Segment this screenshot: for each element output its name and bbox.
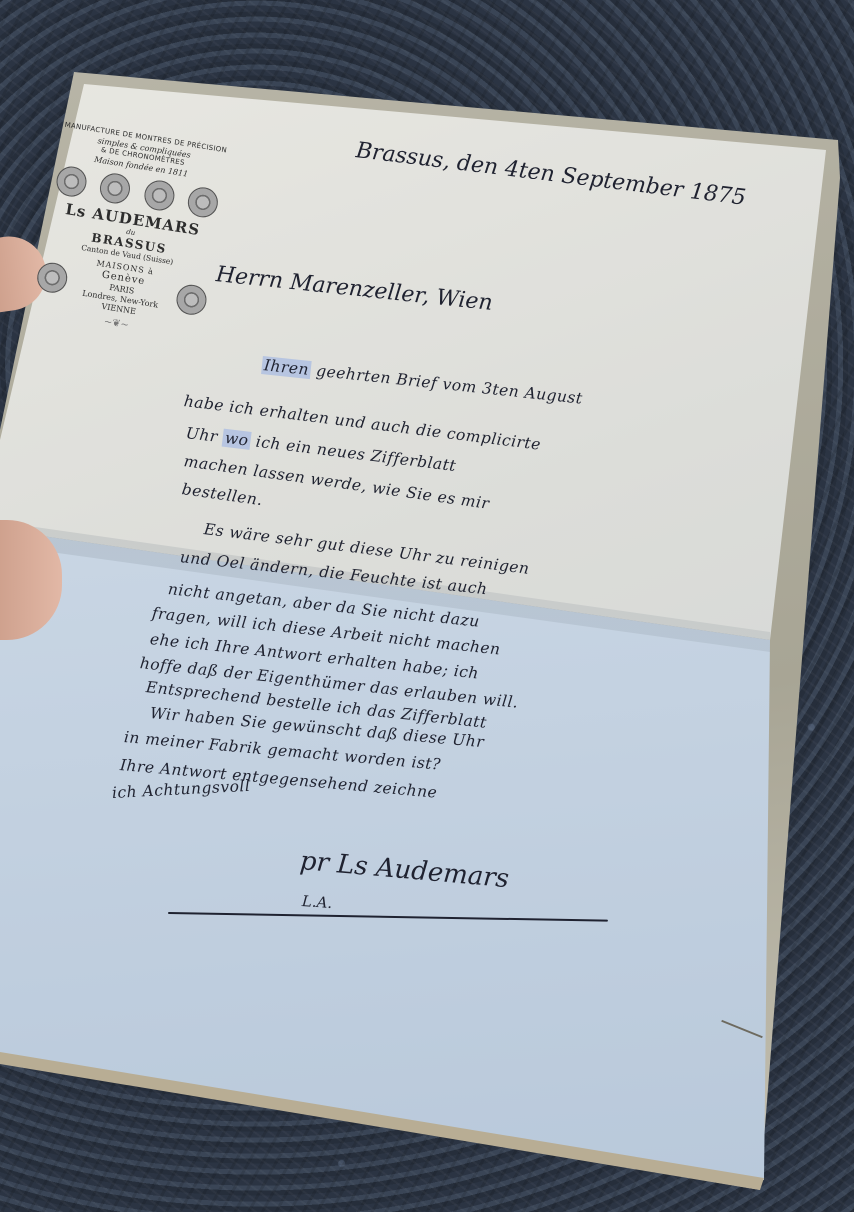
signature-initials: L.A.	[301, 892, 333, 912]
medal-icon	[142, 178, 176, 212]
medal-icon	[174, 283, 208, 317]
medal-icon	[35, 261, 69, 295]
highlighted-word: wo	[222, 429, 252, 450]
medal-icon	[54, 164, 88, 198]
letterhead: Manufacture de Montres de Précision simp…	[29, 120, 233, 343]
medal-icon	[186, 185, 220, 219]
medal-icon	[98, 171, 132, 205]
branches-block: MAISONS à Genève PARIS Londres, New-York…	[80, 257, 164, 320]
